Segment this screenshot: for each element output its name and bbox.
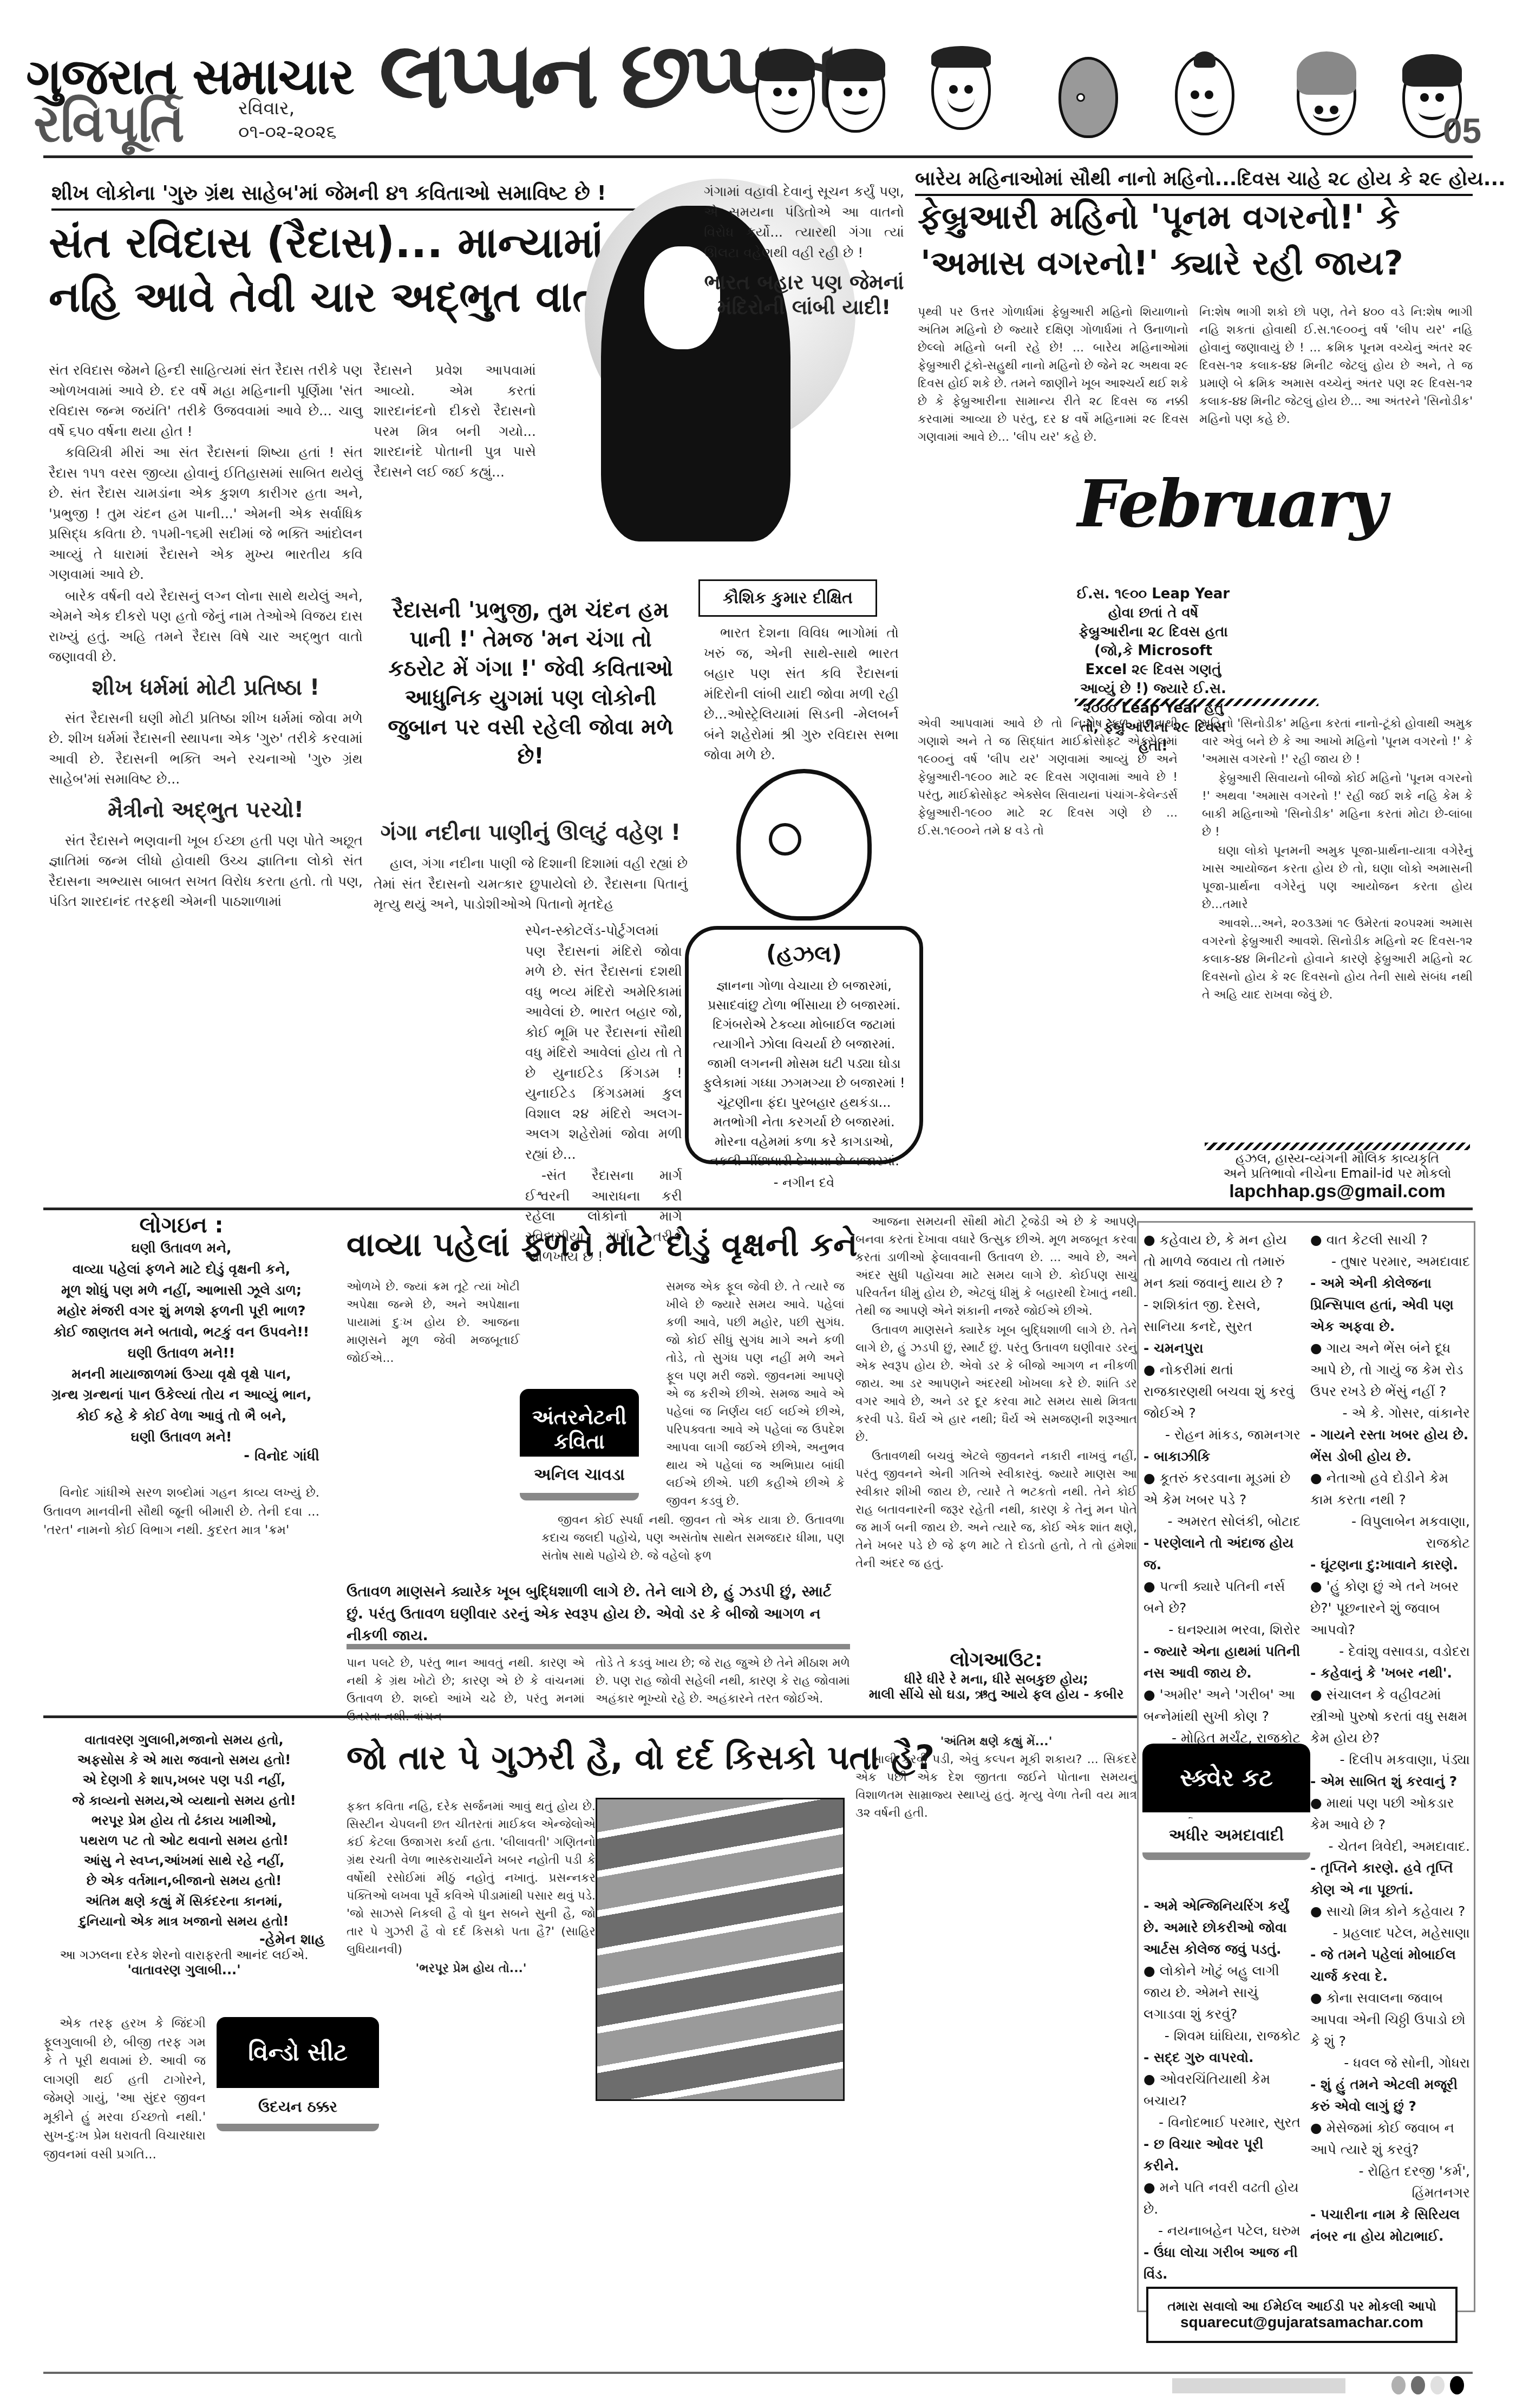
raidas-column-1: સંત રવિદાસ જેમને હિન્દી સાહિત્યમાં સંત ર…	[49, 360, 363, 913]
window-seat-mid-text: ફક્ત કવિતા નહિ, દરેક સર્જનમાં આવું થતું …	[347, 1798, 596, 1959]
raidas-column-2-lower: ગંગા નદીના પાણીનું ઊલટું વહેણ ! હાલ, ગંગ…	[374, 812, 688, 916]
window-seat-quote-2: 'ભરપૂર પ્રેમ હોય તો...'	[347, 1960, 596, 1978]
qa-item: નેતાઓ હવે દોડીને કેમ કામ કરતા નથી ?- વિપ…	[1310, 1467, 1470, 1576]
cartoon-face-icon	[755, 51, 815, 133]
gray-divider	[347, 1644, 850, 1649]
raidas-headline-line1: સંત રવિદાસ (રૈદાસ)... માન્યામાં	[49, 219, 604, 268]
hazal-line: જ્ઞાનના ગોળા વેચાયા છે બજારમાં,	[694, 976, 914, 995]
internet-left-text: વિનોદ ગાંધીએ સરળ શબ્દોમાં ગહન કાવ્ય લખ્ય…	[43, 1484, 319, 1540]
internet-mid-col-1: ઓળખે છે. જ્યાં ક્રમ તૂટે ત્યાં ખોટી અપેક…	[347, 1278, 520, 1368]
window-seat-intro: આ ગઝલના દરેક શેરનો વારાફરતી આનંદ લઈએ.	[43, 1948, 325, 1962]
poem-line: એ દેણગી કે શાપ,ખબર પણ પડી નહીં,	[43, 1770, 325, 1790]
internet-mid-text-2: સમજ એક ફૂલ જેવી છે. તે ત્યારે જ ખીલે છે …	[541, 1278, 845, 1510]
color-dot-dark-gray	[1411, 2376, 1425, 2394]
cartoon-face-icon	[1297, 54, 1356, 135]
poem-line: ગ્રન્થ ગ્રન્થનાં પાન ઉકેલ્યાં તોય ન આવ્ય…	[43, 1385, 319, 1406]
february-column-2: નિ:શેષ ભાગી શકો છો પણ, તેને ૪૦૦ વડે નિ:શ…	[1199, 303, 1473, 429]
poem-line: કોઈ જાણતલ મને બતાવો, ભટકું વન ઉપવને!!	[43, 1322, 319, 1343]
logout-line-2: માલી સીંચે સો ઘડા, ઋતુ આયે ફલ હોય - કબીર	[855, 1687, 1137, 1702]
hazal-line: નકલી પીંછાધારી દેખાયા છે બજારમાં.	[694, 1151, 914, 1171]
qa-item: 'અમીર' અને 'ગરીબ' આ બન્નેમાંથી સુખી કોણ …	[1143, 1684, 1301, 1749]
poem-line: મૂળ શોધું પણ મળે નહીં, આભાસી ઝૂલે ડાળ;	[43, 1280, 319, 1301]
window-seat-left-text: એક તરફ હરખ કે જિંદગી ફૂલગુલાબી છે, બીજી …	[43, 2014, 206, 2164]
window-seat-quote-1: 'વાતાવરણ ગુલાબી...'	[43, 1962, 325, 1978]
february-lower-right: મહિનો 'સિનોડીક' મહિના કરતાં નાનો-ટૂંકો હ…	[1202, 715, 1473, 1005]
internet-lower-text-2: તોડે તે કડવું ખાય છે; જે રાહ જુએ છે તેને…	[596, 1654, 850, 1708]
contact-line-2: અને પ્રતિભાવો નીચેના Email-id પર મોકલો	[1202, 1166, 1473, 1181]
logout-line-1: ધીરે ધીરે રે મના, ધીરે સબકુછ હોય;	[855, 1672, 1137, 1687]
raidas-subhead-friendship: મૈત્રીનો અદ્ભુત પરચો!	[49, 797, 363, 823]
raidas-column-3: ગંગામાં વહાવી દેવાનું સૂચન કર્યું પણ, એ …	[704, 181, 904, 327]
raidas-body-3: હાલ, ગંગા નદીના પાણી જે દિશાની દિશામાં વ…	[374, 853, 688, 915]
logout-title: લોગઆઉટ:	[855, 1649, 1137, 1672]
poem-line: છે એક વર્તમાન,બીજાનો સમય હતો!	[43, 1871, 325, 1891]
cartoon-face-icon	[1175, 54, 1234, 135]
hazal-line: મતભોગી નેતા કરગર્યા છે બજારમાં.	[694, 1112, 914, 1132]
raidas-intro-1: સંત રવિદાસ જેમને હિન્દી સાહિત્યમાં સંત ર…	[49, 360, 363, 441]
poem-line: કોઈ કહે કે કોઈ વેળા આવું તો ભૈ બને,	[43, 1406, 319, 1427]
login-block: લોગઇન : ઘણી ઉતાવળ મને, વાવ્યા પહેલાં ફળન…	[43, 1213, 319, 1465]
internet-right-text-2: ઉતાવળ માણસને ક્યારેક ખૂબ બુદ્ધિશાળી લાગે…	[855, 1321, 1137, 1446]
internet-lower-col-2: તોડે તે કડવું ખાય છે; જે રાહ જુએ છે તેને…	[596, 1654, 850, 1709]
poem-line: ઘણી ઉતાવળ મને!	[43, 1427, 319, 1448]
window-seat-column-tag: વિન્ડો સીટ	[217, 2017, 379, 2088]
poem-line: જે કાવ્યનો સમય,એ વ્યથાનો સમય હતો!	[43, 1791, 325, 1811]
raidas-body-5: સ્પેન-સ્કોટલેંડ-પોર્ટુગલમાં પણ રૈદાસનાં …	[525, 921, 682, 1164]
hazal-line: દિગંબરોએ ટેકવ્યા મોબાઈલ જટામાં	[694, 1015, 914, 1034]
internet-right-text-1: આજના સમયની સૌથી મોટી ટ્રેજેડી એ છે કે આપ…	[855, 1213, 1137, 1320]
square-cut-column-author: અધીર અમદાવાદી	[1142, 1818, 1310, 1860]
poem-line: વાતાવરણ ગુલાબી,મજાનો સમય હતો,	[43, 1730, 325, 1750]
raidas-author-box: કૌશિક કુમાર દીક્ષિત	[698, 579, 877, 617]
poem-line: દુનિયાનો એક માત્ર ખજાનો સમય હતો!	[43, 1911, 325, 1931]
february-col1-body: પૃથ્વી પર ઉત્તર ગોળાર્ધમાં ફેબ્રુઆરી મહિ…	[918, 303, 1188, 446]
registration-color-dots	[1386, 2376, 1464, 2397]
internet-mid-text-1: ઓળખે છે. જ્યાં ક્રમ તૂટે ત્યાં ખોટી અપેક…	[347, 1278, 520, 1367]
poem-line: ઘણી ઉતાવળ મને!!	[43, 1343, 319, 1364]
internet-right-text-3: ઉતાવળથી બચવું એટલે જીવનને નકારી નાખવું ન…	[855, 1447, 1137, 1572]
masthead: ગુજરાત સમાચાર રવિપૂર્તિ રવિવાર, ૦૧-૦૨-૨૦…	[0, 0, 1516, 162]
february-lower-right-4: આવશે...અને, ૨૦૩૩માં ૧૯ ઉમેરતાં ૨૦૫૨માં અ…	[1202, 915, 1473, 1004]
logout-block: લોગઆઉટ: ધીરે ધીરે રે મના, ધીરે સબકુછ હોય…	[855, 1649, 1137, 1702]
window-seat-right-text: ખાલી કરવી પડી, એવું કલ્પન મૂકી શકાય? ...…	[855, 1751, 1137, 1822]
window-seat-quote-3: 'અંતિમ ક્ષણે કહ્યું મેં...'	[855, 1733, 1137, 1751]
february-headline-line1: ફેબ્રુઆરી મહિનો 'પૂનમ વગરનો!' કે	[918, 198, 1400, 236]
login-title: લોગઇન :	[43, 1213, 319, 1238]
hazal-box: (હઝલ) જ્ઞાનના ગોળા વેચાયા છે બજારમાં, પ્…	[685, 926, 923, 1164]
hazal-line: જામી લગનની મોસમ ઘટી પડ્યા ઘોડા	[694, 1054, 914, 1073]
window-seat-poem-block: વાતાવરણ ગુલાબી,મજાનો સમય હતો, અફસોસ કે એ…	[43, 1730, 325, 1978]
qa-item: કોના સવાલના જવાબ આપવા એની ચિઠ્ઠી ઉપાડો છ…	[1310, 1987, 1470, 2117]
poem-line: મનની માયાજાળમાં ઉગ્યા વૃક્ષે વૃક્ષે પાન,	[43, 1364, 319, 1385]
qa-item: પત્ની ક્યારે પતિની નર્સ બને છે?- ઘનશ્યામ…	[1143, 1576, 1301, 1684]
hazal-line: ત્યાગીને ઝોલા વિચર્યા છે બજારમાં.	[694, 1034, 914, 1054]
window-seat-poem: વાતાવરણ ગુલાબી,મજાનો સમય હતો, અફસોસ કે એ…	[43, 1730, 325, 1931]
february-col2-top: નિ:શેષ ભાગી શકો છો પણ, તેને ૪૦૦ વડે નિ:શ…	[1199, 303, 1473, 428]
poem-line: વાવ્યા પહેલાં ફળને માટે દોડું વૃક્ષની કન…	[43, 1259, 319, 1280]
internet-bold-quote: ઉતાવળ માણસને ક્યારેક ખૂબ બુદ્ધિશાળી લાગે…	[347, 1581, 850, 1647]
poem-line: ઘણી ઉતાવળ મને,	[43, 1238, 319, 1259]
raidas-body-2: સંત રૈદાસને ભણવાની ખૂબ ઈચ્છા હતી પણ પોતે…	[49, 831, 363, 912]
login-poem: ઘણી ઉતાવળ મને, વાવ્યા પહેલાં ફળને માટે દ…	[43, 1238, 319, 1448]
poem-line: મહોર મંજરી વગર શું મળશે ફળની પૂરી ભાળ?	[43, 1301, 319, 1322]
hazal-title: (હઝલ)	[689, 941, 919, 968]
window-seat-left-body: એક તરફ હરખ કે જિંદગી ફૂલગુલાબી છે, બીજી …	[43, 2014, 206, 2165]
zigzag-divider	[1075, 699, 1318, 706]
internet-right-col: આજના સમયની સૌથી મોટી ટ્રેજેડી એ છે કે આપ…	[855, 1213, 1137, 1574]
hazal-line: ચૂંટણીના ફંદા પુરબહાર હથકંડા...	[694, 1093, 914, 1112]
raidas-headline-line2: નહિ આવે તેવી ચાર અદ્ભુત વાતો!	[49, 273, 630, 322]
internet-headline: વાવ્યા પહેલાં ફળને માટે દોડું વૃક્ષની કન…	[347, 1226, 858, 1264]
qa-item: મેસેજમાં કોઈ જવાબ ન આપે ત્યારે શું કરવું…	[1310, 2117, 1470, 2247]
issue-day: રવિવાર,	[238, 96, 295, 120]
raidas-subhead-ganga: ગંગા નદીના પાણીનું ઊલટું વહેણ !	[374, 820, 688, 846]
qa-item: કૂતરું કરડવાના મૂડમાં છે એ કેમ ખબર પડે ?…	[1143, 1467, 1301, 1576]
hazal-author: - નગીન દવે	[694, 1173, 914, 1192]
february-lower-left: એવી આપવામાં આવે છે તો નિ:શેષ ફળ મળવાથી ગ…	[918, 715, 1178, 841]
february-headline-line2: 'અમાસ વગરનો!' ક્યારે રહી જાય?	[920, 244, 1403, 282]
qa-item: નોકરીમાં થતાં રાજકારણથી બચવા શું કરવું જ…	[1143, 1359, 1301, 1467]
raidas-column-2: રૈદાસને પ્રવેશ આપવામાં આવ્યો. એમ કરતાં શ…	[374, 360, 536, 483]
internet-mid-col-2: સમજ એક ફૂલ જેવી છે. તે ત્યારે જ ખીલે છે …	[541, 1278, 845, 1566]
february-lower-left-body: એવી આપવામાં આવે છે તો નિ:શેષ ફળ મળવાથી ગ…	[918, 715, 1178, 840]
zigzag-divider	[1205, 1143, 1470, 1150]
february-lower-right-1: મહિનો 'સિનોડીક' મહિના કરતાં નાનો-ટૂંકો હ…	[1202, 715, 1473, 768]
raidas-column-3-body: ભારત દેશના વિવિધ ભાગોમાં તો ખરું જ, એની …	[704, 623, 899, 766]
qa-item: મને પતિ નવરી વઢતી હોય છે.- નયનાબહેન પટેલ…	[1143, 2177, 1301, 2285]
hazal-line: પ્રસાદવાંછુ ટોળા ભીંસાયા છે બજારમાં.	[694, 995, 914, 1015]
bird-cartoon-icon	[736, 769, 872, 921]
section-divider	[43, 1208, 1473, 1210]
raidas-intro-2: કવિયિત્રી મીરાં આ સંત રૈદાસનાં શિષ્યા હત…	[49, 442, 363, 585]
window-seat-right-body: 'અંતિમ ક્ષણે કહ્યું મેં...' ખાલી કરવી પડ…	[855, 1733, 1137, 1823]
hazal-line: ફુલેકામાં ગધ્ધા ઝગમગ્યા છે બજારમાં !	[694, 1073, 914, 1093]
supplement-name: રવિપૂર્તિ	[34, 93, 185, 155]
internet-left-body: વિનોદ ગાંધીએ સરળ શબ્દોમાં ગહન કાવ્ય લખ્ય…	[43, 1484, 319, 1541]
bird-eye-icon	[769, 823, 801, 856]
raidas-intro-3: બારેક વર્ષની વયે રૈદાસનું લગ્ન લોના સાથે…	[49, 586, 363, 667]
qa-item: લોકોને ખોટું બહુ લાગી જાય છે. એમને સાચું…	[1143, 1960, 1301, 2068]
hazal-line: મોરના વહેમમાં કળા કરે કાગડાઓ,	[694, 1132, 914, 1151]
color-dot-light-gray	[1391, 2376, 1406, 2394]
hazal-poem: જ્ઞાનના ગોળા વેચાયા છે બજારમાં, પ્રસાદવા…	[694, 976, 914, 1192]
square-cut-email-link[interactable]: squarecut@gujaratsamachar.com	[1154, 2314, 1450, 2331]
contact-email-link[interactable]: lapchhap.gs@gmail.com	[1202, 1181, 1473, 1202]
cartoon-face-icon	[826, 51, 885, 133]
raidas-body-4: ભારત દેશના વિવિધ ભાગોમાં તો ખરું જ, એની …	[704, 623, 899, 765]
footer-divider	[43, 2372, 1473, 2374]
login-poem-author: - વિનોદ ગાંધી	[43, 1448, 319, 1465]
cartoon-face-icon	[1058, 57, 1118, 138]
square-cut-column-tag: સ્ક્વેર કટ	[1142, 1744, 1310, 1812]
qa-item: 'હું કોણ છું એ તને ખબર છે?' પૂછનારને શું…	[1310, 1576, 1470, 1684]
internet-mid-text-3: જીવન કોઈ સ્પર્ધા નથી. જીવન તો એક યાત્રા …	[541, 1511, 845, 1565]
february-lower-right-2: ફેબ્રુઆરી સિવાયનો બીજો કોઈ મહિનો 'પૂનમ વ…	[1202, 769, 1473, 841]
raidas-pullquote: રૈદાસની 'પ્રભુજી, તુમ ચંદન હમ પાની !' તે…	[379, 596, 682, 771]
masthead-divider	[43, 155, 1473, 158]
poem-line: અંતિમ ક્ષણે કહ્યું મેં સિકંદરના કાનમાં,	[43, 1891, 325, 1911]
february-lower-right-3: ઘણા લોકો પૂનમની અમુક પૂજા-પ્રાર્થના-યાત્…	[1202, 842, 1473, 913]
qa-item: સંચાલન કે વહીવટમાં સ્ત્રીઓ પુરુષો કરતાં …	[1310, 1684, 1470, 1792]
cartoon-face-icon	[931, 49, 991, 130]
registration-bar	[1172, 2378, 1345, 2393]
raidas-subhead-sikh: શીખ ધર્મમાં મોટી પ્રતિષ્ઠા !	[49, 675, 363, 701]
section-divider	[43, 1715, 1142, 1718]
qa-item: ઓવરચિંતિયાથી કેમ બચાય?- વિનોદભાઈ પરમાર, …	[1143, 2068, 1301, 2177]
window-seat-mid-body: ફક્ત કવિતા નહિ, દરેક સર્જનમાં આવું થતું …	[347, 1798, 596, 1978]
raidas-col3-top: ગંગામાં વહાવી દેવાનું સૂચન કર્યું પણ, એ …	[704, 181, 904, 263]
poem-line: આંસુ ને સ્વપ્ન,આંખમાં સાથે રહે નહીં,	[43, 1851, 325, 1871]
page-number: 05	[1443, 111, 1481, 151]
color-dot-black	[1450, 2376, 1464, 2394]
issue-date: ૦૧-૦૨-૨૦૨૬	[238, 120, 337, 144]
poem-line: ભરપૂર પ્રેમ હોય તો ઢંકાય ખામીઓ,	[43, 1811, 325, 1831]
february-lettering-art: February	[1077, 466, 1385, 542]
qa-item: કહેવાય છે, કે મન હોય તો માળવે જવાય તો તમ…	[1143, 1229, 1301, 1359]
qa-item: ગાય અને ભેંસ બંને દૂધ આપે છે, તો ગાયું જ…	[1310, 1337, 1470, 1467]
square-cut-col-1-lower: - અમે એન્જિનિયરિંગ કર્યું છે. અમારે છોકર…	[1143, 1895, 1301, 2285]
color-dot-pale	[1430, 2376, 1445, 2394]
qa-item: માથાં પણ પછી ઓકડાર કેમ આવે છે ?- ચેતન ત્…	[1310, 1792, 1470, 1901]
raidas-column-2-temples: સ્પેન-સ્કોટલેંડ-પોર્ટુગલમાં પણ રૈદાસનાં …	[525, 921, 682, 1268]
raidas-col2-body: રૈદાસને પ્રવેશ આપવામાં આવ્યો. એમ કરતાં શ…	[374, 360, 536, 482]
raidas-kicker: શીખ લોકોના 'ગુરુ ગ્રંથ સાહેબ'માં જેમની ૪…	[51, 181, 717, 211]
fish-illustration	[596, 1798, 845, 2101]
window-seat-poem-author: -હેમેન શાહ	[43, 1931, 325, 1948]
february-column-1: પૃથ્વી પર ઉત્તર ગોળાર્ધમાં ફેબ્રુઆરી મહિ…	[918, 303, 1188, 447]
lapchhap-contact: હઝલ, હાસ્ય-વ્યંગની મૌલિક કાવ્યકૃતિ અને પ…	[1202, 1151, 1473, 1202]
square-cut-col-2: વાત કેટલી સાચી ?- તુષાર પરમાર, અમદાવાદ- …	[1310, 1229, 1470, 2247]
qa-item: સાચો મિત્ર કોને કહેવાય ?- પ્રહલાદ પટેલ, …	[1310, 1901, 1470, 1987]
window-seat-headline: જો તાર પે ગુઝરી હૈ, વો દર્દ કિસકો પતા હૈ…	[347, 1738, 935, 1777]
raidas-subhead-temples: ભારત બહાર પણ જેમનાં મંદિરોની લાંબી યાદી!	[704, 270, 904, 319]
raidas-body-1: સંત રૈદાસની ઘણી મોટી પ્રતિષ્ઠા શીખ ધર્મમ…	[49, 708, 363, 789]
poem-line: અફસોસ કે એ મારા જવાનો સમય હતો!	[43, 1750, 325, 1770]
qa-item: વાત કેટલી સાચી ?- તુષાર પરમાર, અમદાવાદ- …	[1310, 1229, 1470, 1337]
february-kicker: બારેય મહિનાઓમાં સૌથી નાનો મહિનો...દિવસ ચ…	[915, 168, 1473, 196]
email-prompt: તમારા સવાલો આ ઈમેઈલ આઈડી પર મોકલી આપો	[1154, 2299, 1450, 2314]
window-seat-column-author: ઉદયન ઠક્કર	[217, 2090, 379, 2131]
square-cut-email-box: તમારા સવાલો આ ઈમેઈલ આઈડી પર મોકલી આપો sq…	[1146, 2287, 1458, 2343]
poem-line: પથરાળ પટ તો ઓટ થવાનો સમય હતો!	[43, 1831, 325, 1851]
contact-line-1: હઝલ, હાસ્ય-વ્યંગની મૌલિક કાવ્યકૃતિ	[1202, 1151, 1473, 1166]
